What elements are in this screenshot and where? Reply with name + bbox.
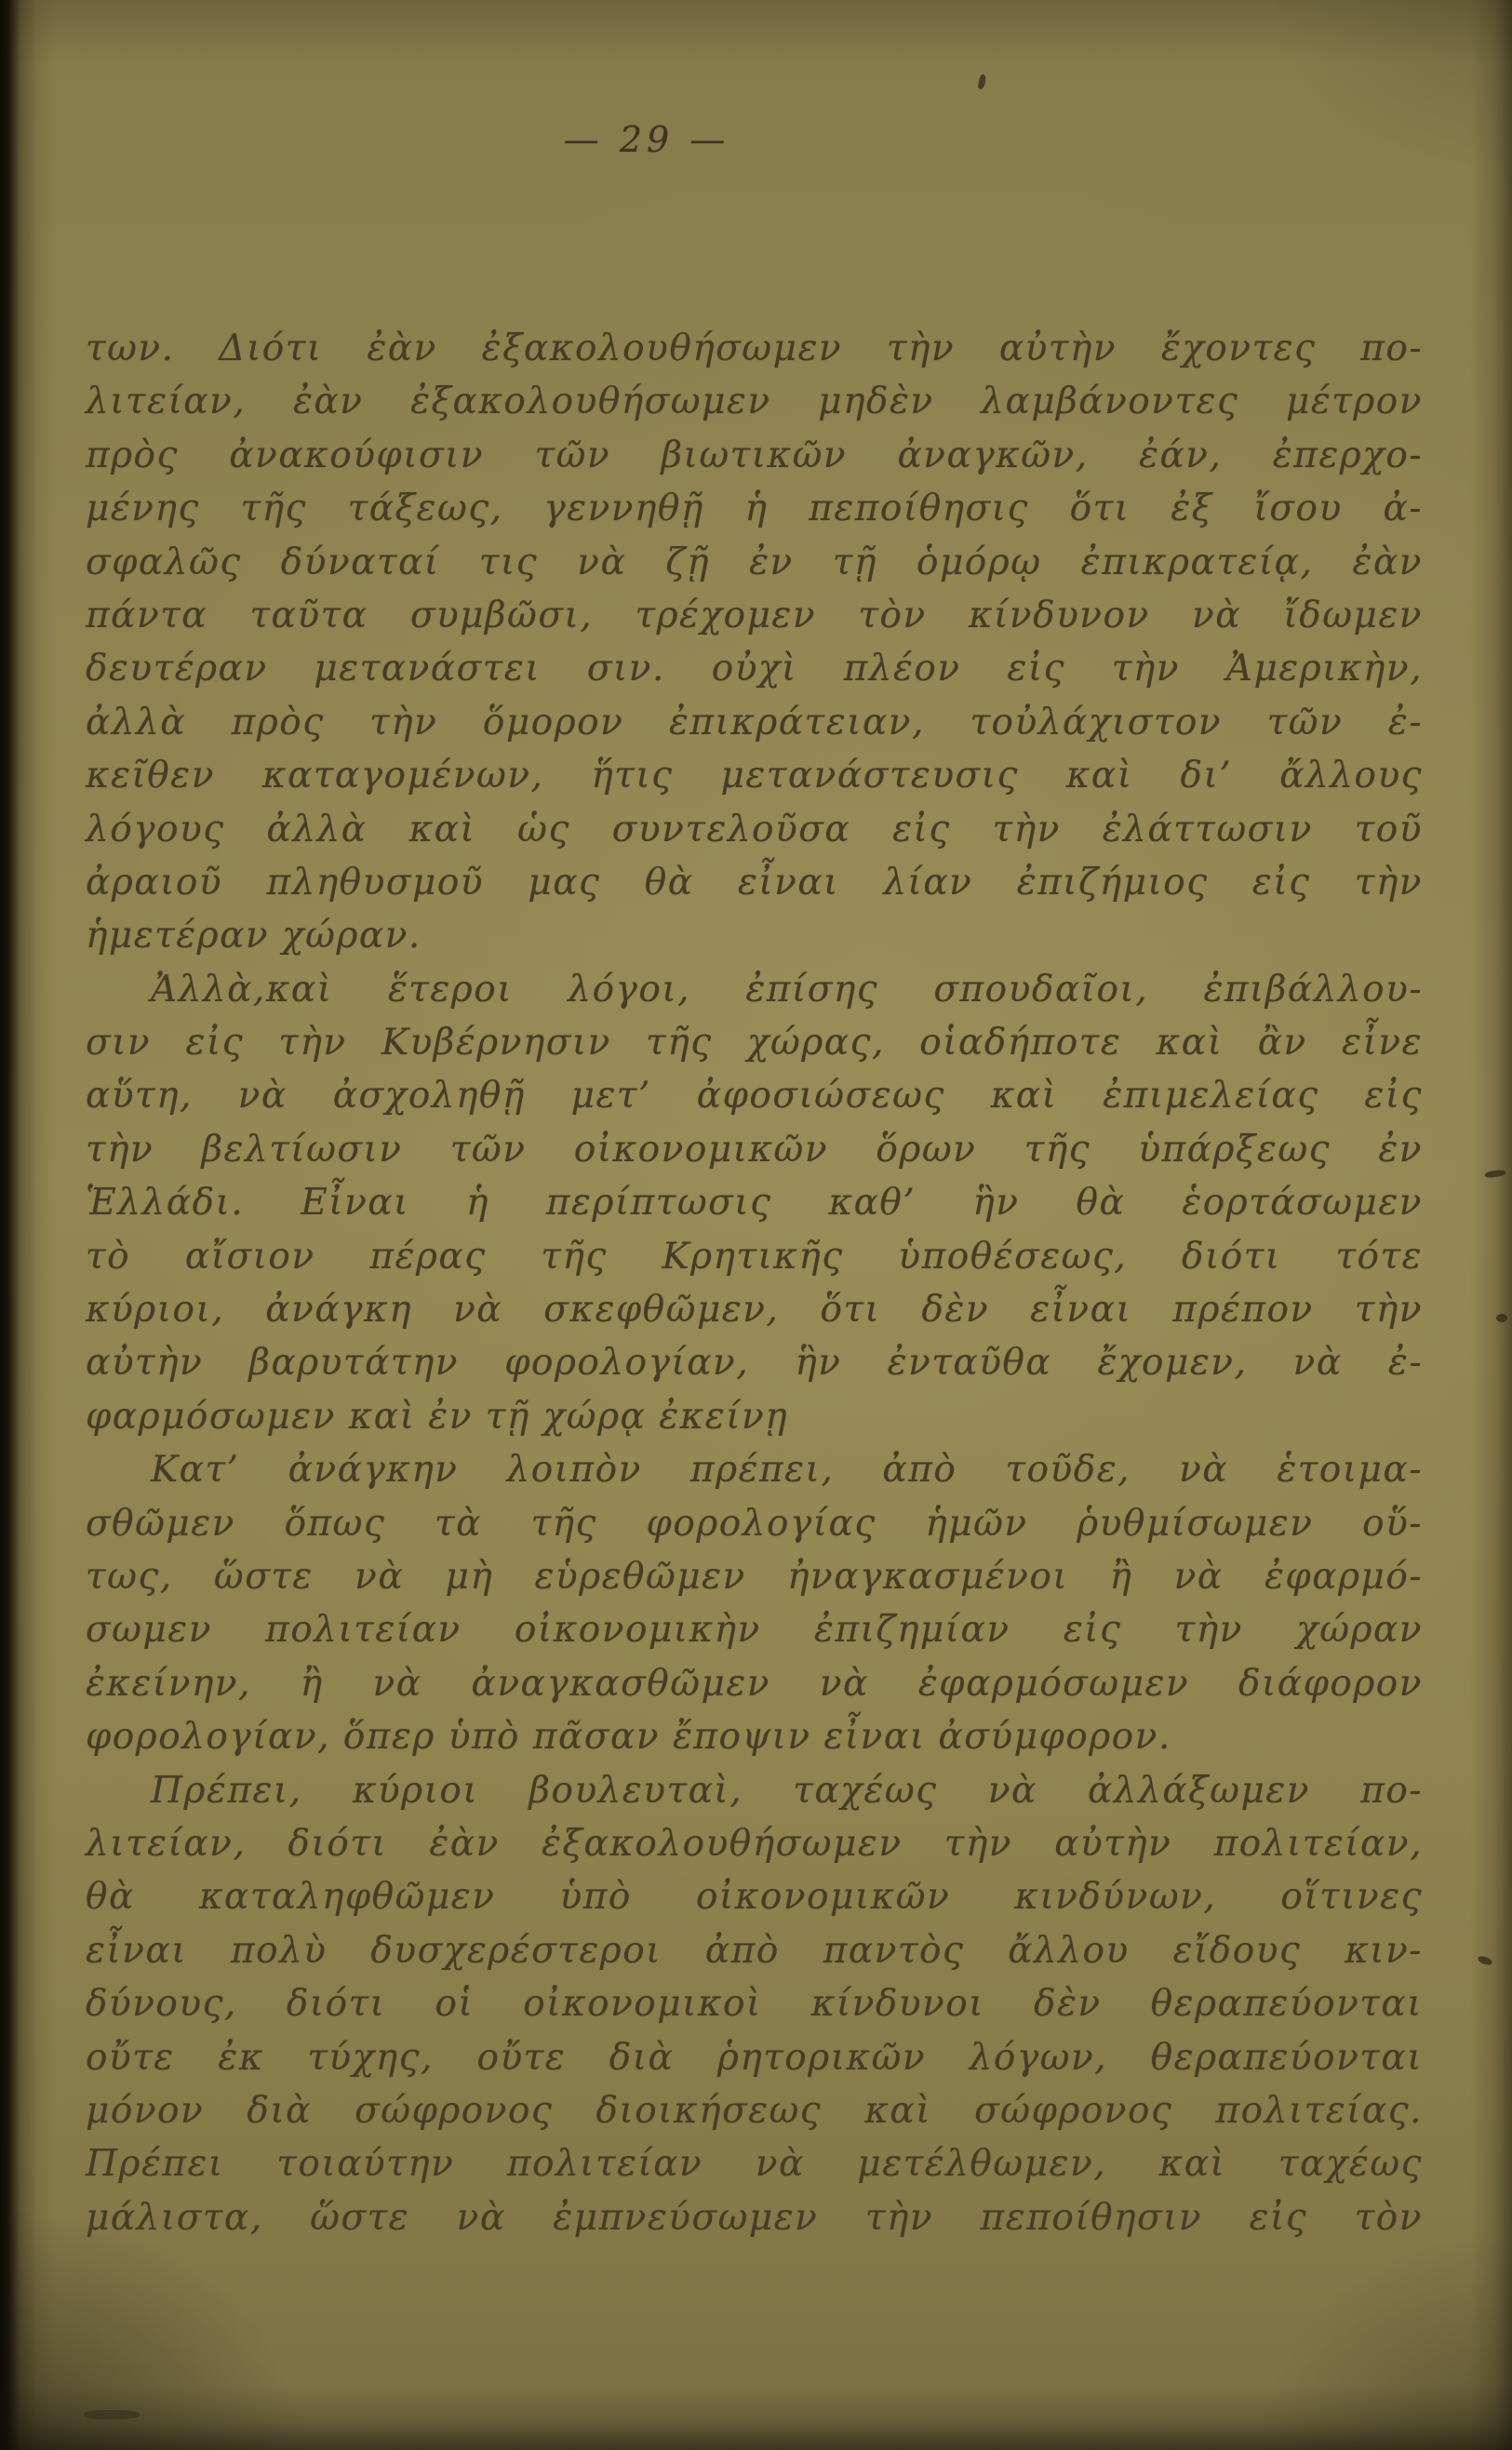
ink-speck	[1477, 1955, 1493, 1967]
text-line: σθῶμεν ὅπως τὰ τῆς φορολογίας ἡμῶν ῥυθμί…	[86, 1497, 1423, 1550]
text-line: πάντα ταῦτα συμβῶσι, τρέχομεν τὸν κίνδυν…	[86, 589, 1423, 642]
text-line: ἡμετέραν χώραν.	[86, 909, 1423, 962]
ink-speck	[84, 2410, 140, 2419]
scan-edge-top	[0, 0, 1512, 65]
text-line: λιτείαν, διότι ἐὰν ἐξακολουθήσωμεν τὴν α…	[86, 1817, 1423, 1870]
text-line: αὕτη, νὰ ἀσχοληθῇ μετ’ ἀφοσιώσεως καὶ ἐπ…	[86, 1069, 1423, 1122]
paragraph: Κατ’ ἀνάγκην λοιπὸν πρέπει, ἀπὸ τοῦδε, ν…	[86, 1443, 1423, 1763]
text-line: σιν εἰς τὴν Κυβέρνησιν τῆς χώρας, οἱαδήπ…	[86, 1016, 1423, 1069]
text-line: Ἑλλάδι. Εἶναι ἡ περίπτωσις καθ’ ἣν θὰ ἑο…	[86, 1176, 1423, 1229]
text-line: κεῖθεν καταγομένων, ἥτις μετανάστευσις κ…	[86, 749, 1423, 802]
text-line: κύριοι, ἀνάγκη νὰ σκεφθῶμεν, ὅτι δὲν εἶν…	[86, 1283, 1423, 1336]
text-line: μάλιστα, ὥστε νὰ ἐμπνεύσωμεν τὴν πεποίθη…	[86, 2191, 1423, 2244]
ink-speck	[1496, 1314, 1507, 1322]
text-line: φορολογίαν, ὅπερ ὑπὸ πᾶσαν ἔποψιν εἶναι …	[86, 1710, 1423, 1763]
text-line: τως, ὥστε νὰ μὴ εὑρεθῶμεν ἠναγκασμένοι ἢ…	[86, 1550, 1423, 1603]
book-page: — 29 — των. Διότι ἐὰν ἐξακολουθήσωμεν τὴ…	[0, 0, 1512, 2450]
text-block: των. Διότι ἐὰν ἐξακολουθήσωμεν τὴν αὐτὴν…	[86, 322, 1423, 2244]
paragraph: Ἀλλὰ,καὶ ἕτεροι λόγοι, ἐπίσης σπουδαῖοι,…	[86, 963, 1423, 1444]
scan-edge-left	[0, 0, 56, 2450]
text-line: ἐκείνην, ἢ νὰ ἀναγκασθῶμεν νὰ ἐφαρμόσωμε…	[86, 1657, 1423, 1710]
paragraph: των. Διότι ἐὰν ἐξακολουθήσωμεν τὴν αὐτὴν…	[86, 322, 1423, 963]
scan-edge-bottom	[0, 2385, 1512, 2450]
ink-speck	[1485, 1170, 1506, 1179]
text-line: Πρέπει τοιαύτην πολιτείαν νὰ μετέλθωμεν,…	[86, 2137, 1423, 2190]
text-line: δύνους, διότι οἱ οἰκονομικοὶ κίνδυνοι δὲ…	[86, 1977, 1423, 2030]
page-number: — 29 —	[0, 119, 1293, 160]
scan-edge-right	[1470, 0, 1512, 2450]
text-line: πρὸς ἀνακούφισιν τῶν βιωτικῶν ἀναγκῶν, ἐ…	[86, 429, 1423, 482]
text-line: δευτέραν μετανάστει σιν. οὐχὶ πλέον εἰς …	[86, 642, 1423, 695]
text-line: Πρέπει, κύριοι βουλευταὶ, ταχέως νὰ ἀλλά…	[86, 1764, 1423, 1817]
text-line: τὴν βελτίωσιν τῶν οἰκονομικῶν ὅρων τῆς ὑ…	[86, 1123, 1423, 1176]
paragraph: Πρέπει, κύριοι βουλευταὶ, ταχέως νὰ ἀλλά…	[86, 1764, 1423, 2245]
text-line: ἀραιοῦ πληθυσμοῦ μας θὰ εἶναι λίαν ἐπιζή…	[86, 856, 1423, 909]
ink-speck	[977, 74, 986, 89]
text-line: τὸ αἴσιον πέρας τῆς Κρητικῆς ὑποθέσεως, …	[86, 1230, 1423, 1283]
text-line: εἶναι πολὺ δυσχερέστεροι ἀπὸ παντὸς ἄλλο…	[86, 1924, 1423, 1977]
text-line: φαρμόσωμεν καὶ ἐν τῇ χώρᾳ ἐκείνῃ	[86, 1390, 1423, 1443]
text-line: μόνον διὰ σώφρονος διοικήσεως καὶ σώφρον…	[86, 2084, 1423, 2137]
text-line: Ἀλλὰ,καὶ ἕτεροι λόγοι, ἐπίσης σπουδαῖοι,…	[86, 963, 1423, 1016]
text-line: λιτείαν, ἐὰν ἐξακολουθήσωμεν μηδὲν λαμβά…	[86, 375, 1423, 428]
text-line: σωμεν πολιτείαν οἰκονομικὴν ἐπιζημίαν εἰ…	[86, 1603, 1423, 1656]
text-line: σφαλῶς δύναταί τις νὰ ζῇ ἐν τῇ ὁμόρῳ ἐπι…	[86, 536, 1423, 589]
text-line: μένης τῆς τάξεως, γεννηθῇ ἡ πεποίθησις ὅ…	[86, 482, 1423, 535]
text-line: ἀλλὰ πρὸς τὴν ὅμορον ἐπικράτειαν, τοὐλάχ…	[86, 696, 1423, 749]
text-line: οὔτε ἐκ τύχης, οὔτε διὰ ῥητορικῶν λόγων,…	[86, 2031, 1423, 2084]
text-line: λόγους ἀλλὰ καὶ ὡς συντελοῦσα εἰς τὴν ἐλ…	[86, 803, 1423, 856]
text-line: θὰ καταληφθῶμεν ὑπὸ οἰκονομικῶν κινδύνων…	[86, 1870, 1423, 1923]
text-line: αὐτὴν βαρυτάτην φορολογίαν, ἣν ἐνταῦθα ἔ…	[86, 1336, 1423, 1389]
text-line: των. Διότι ἐὰν ἐξακολουθήσωμεν τὴν αὐτὴν…	[86, 322, 1423, 375]
text-line: Κατ’ ἀνάγκην λοιπὸν πρέπει, ἀπὸ τοῦδε, ν…	[86, 1443, 1423, 1496]
